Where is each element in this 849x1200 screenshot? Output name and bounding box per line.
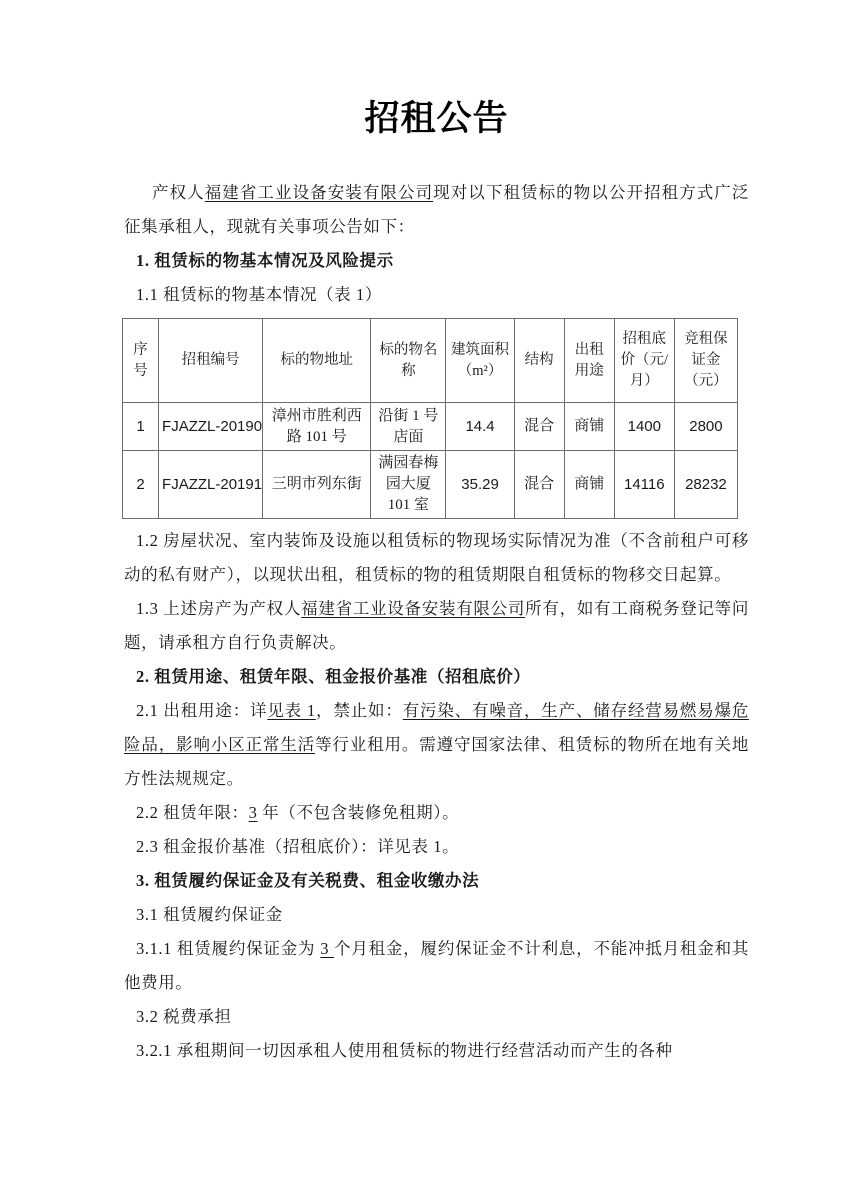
cell-use: 商铺 (564, 403, 614, 451)
cell-price: 14116 (614, 451, 674, 519)
lease-years-value: 3 (249, 803, 258, 822)
para-2-1-pre: 2.1 出租用途：详 (136, 701, 267, 720)
col-header-no: 序号 (123, 319, 159, 403)
document-page: 招租公告 产权人福建省工业设备安装有限公司现对以下租赁标的物以公开招租方式广泛征… (0, 0, 849, 1200)
section-1-1-subheading: 1.1 租赁标的物基本情况（表 1） (124, 278, 749, 312)
para-3-1: 3.1 租赁履约保证金 (124, 898, 749, 932)
para-3-2-1: 3.2.1 承租期间一切因承租人使用租赁标的物进行经营活动而产生的各种 (124, 1034, 749, 1068)
para-2-3: 2.3 租金报价基准（招租底价）：详见表 1。 (124, 830, 749, 864)
section-2-heading: 2. 租赁用途、租赁年限、租金报价基准（招租底价） (124, 660, 749, 694)
col-header-deposit: 竞租保证金（元） (674, 319, 737, 403)
para-2-2-pre: 2.2 租赁年限： (136, 803, 249, 822)
col-header-price: 招租底价（元/月） (614, 319, 674, 403)
cell-deposit: 28232 (674, 451, 737, 519)
para-2-1-mid: ，禁止如： (316, 701, 403, 720)
cell-use: 商铺 (564, 451, 614, 519)
cell-address: 漳州市胜利西路 101 号 (263, 403, 371, 451)
table-row: 1 FJAZZL-201909 漳州市胜利西路 101 号 沿街 1 号店面 1… (123, 403, 738, 451)
para-3-1-1-pre: 3.1.1 租赁履约保证金为 (136, 939, 320, 958)
col-header-name: 标的物名称 (371, 319, 446, 403)
owner-company-name: 福建省工业设备安装有限公司 (205, 183, 433, 202)
para-3-2: 3.2 税费承担 (124, 1000, 749, 1034)
cell-price: 1400 (614, 403, 674, 451)
table-header-row: 序号 招租编号 标的物地址 标的物名称 建筑面积（m²） 结构 出租用途 招租底… (123, 319, 738, 403)
cell-structure: 混合 (514, 451, 564, 519)
cell-area: 35.29 (446, 451, 514, 519)
cell-code: FJAZZL-201918 (159, 451, 263, 519)
section-1-heading: 1. 租赁标的物基本情况及风险提示 (124, 244, 749, 278)
cell-no: 2 (123, 451, 159, 519)
cell-no: 1 (123, 403, 159, 451)
see-table-1-ref: 见表 1 (267, 701, 315, 720)
para-3-1-1: 3.1.1 租赁履约保证金为 3 个月租金，履约保证金不计利息，不能冲抵月租金和… (124, 932, 749, 1000)
cell-name: 沿街 1 号店面 (371, 403, 446, 451)
col-header-use: 出租用途 (564, 319, 614, 403)
intro-paragraph: 产权人福建省工业设备安装有限公司现对以下租赁标的物以公开招租方式广泛征集承租人，… (124, 176, 749, 244)
owner-company-name: 福建省工业设备安装有限公司 (301, 599, 525, 618)
para-2-1: 2.1 出租用途：详见表 1，禁止如：有污染、有噪音，生产、储存经营易燃易爆危险… (124, 694, 749, 796)
cell-address: 三明市列东街 (263, 451, 371, 519)
cell-area: 14.4 (446, 403, 514, 451)
col-header-address: 标的物地址 (263, 319, 371, 403)
rental-properties-table: 序号 招租编号 标的物地址 标的物名称 建筑面积（m²） 结构 出租用途 招租底… (122, 318, 738, 519)
para-2-2: 2.2 租赁年限：3 年（不包含装修免租期）。 (124, 796, 749, 830)
col-header-area: 建筑面积（m²） (446, 319, 514, 403)
col-header-code: 招租编号 (159, 319, 263, 403)
para-1-3: 1.3 上述房产为产权人福建省工业设备安装有限公司所有，如有工商税务登记等问题，… (124, 592, 749, 660)
para-2-2-post: 年（不包含装修免租期）。 (258, 803, 460, 822)
col-header-structure: 结构 (514, 319, 564, 403)
cell-name: 满园春梅园大厦 101 室 (371, 451, 446, 519)
cell-deposit: 2800 (674, 403, 737, 451)
table-row: 2 FJAZZL-201918 三明市列东街 满园春梅园大厦 101 室 35.… (123, 451, 738, 519)
para-1-3-pre: 1.3 上述房产为产权人 (136, 599, 301, 618)
para-1-2: 1.2 房屋状况、室内装饰及设施以租赁标的物现场实际情况为准（不含前租户可移动的… (124, 524, 749, 592)
section-3-heading: 3. 租赁履约保证金及有关税费、租金收缴办法 (124, 864, 749, 898)
deposit-months-value: 3 (320, 939, 334, 958)
page-title: 招租公告 (124, 96, 749, 142)
cell-structure: 混合 (514, 403, 564, 451)
cell-code: FJAZZL-201909 (159, 403, 263, 451)
intro-text-pre: 产权人 (152, 183, 205, 202)
